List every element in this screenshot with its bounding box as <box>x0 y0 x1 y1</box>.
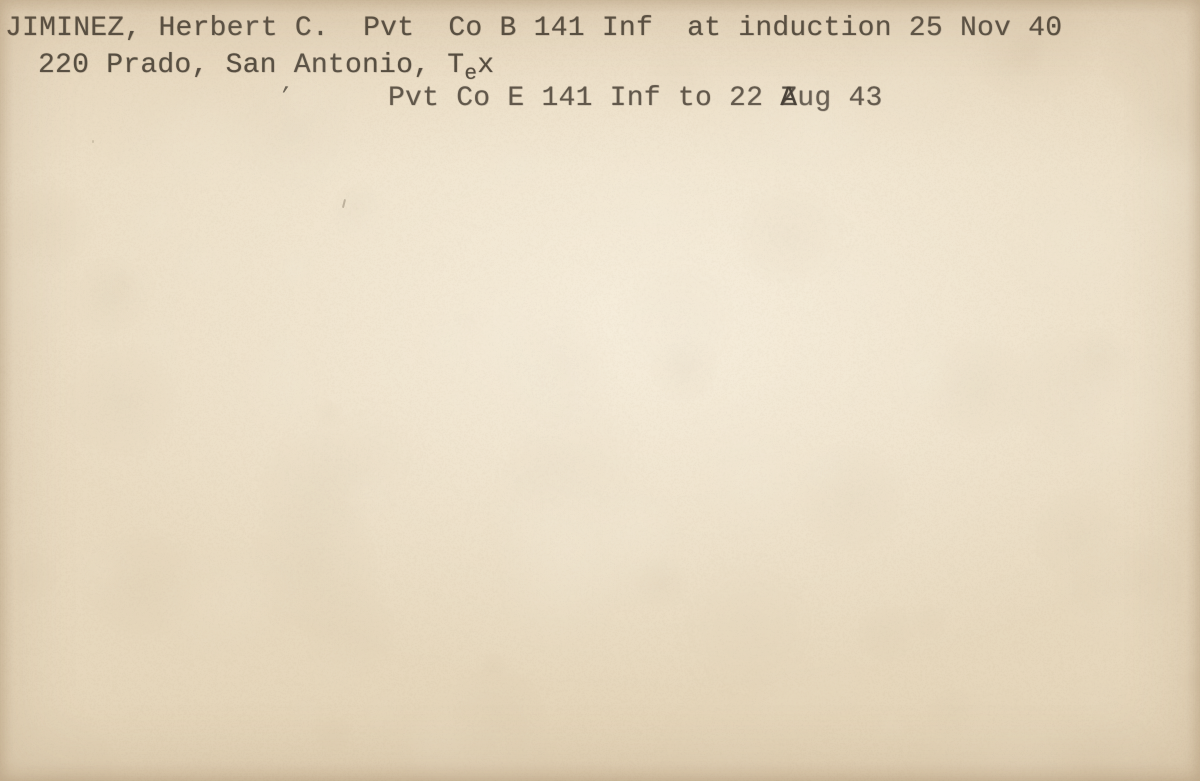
address-text-end: x <box>477 50 494 81</box>
stray-ink-mark: ’ <box>276 83 293 110</box>
paper-speck <box>92 140 94 143</box>
typed-line-transfer: Pvt Co E 141 Inf to 22 ZAug 43 <box>388 83 883 114</box>
paper-grain-texture <box>0 0 1200 781</box>
typed-line-address: 220 Prado, San Antonio, Tex <box>38 50 494 81</box>
paper-fiber-mark <box>342 199 346 208</box>
transfer-text: Pvt Co E 141 Inf to 22 <box>388 83 780 114</box>
index-card: JIMINEZ, Herbert C. Pvt Co B 141 Inf at … <box>0 0 1200 781</box>
transfer-text-end: ug 43 <box>797 83 882 114</box>
typed-line-name-rank-unit: JIMINEZ, Herbert C. Pvt Co B 141 Inf at … <box>5 13 1062 44</box>
address-text: 220 Prado, San Antonio, T <box>38 50 464 81</box>
scan-edge-vignette <box>0 0 1200 781</box>
overstrike-under-letter: Z <box>780 83 797 114</box>
overstruck-letter: ZA <box>780 83 797 114</box>
